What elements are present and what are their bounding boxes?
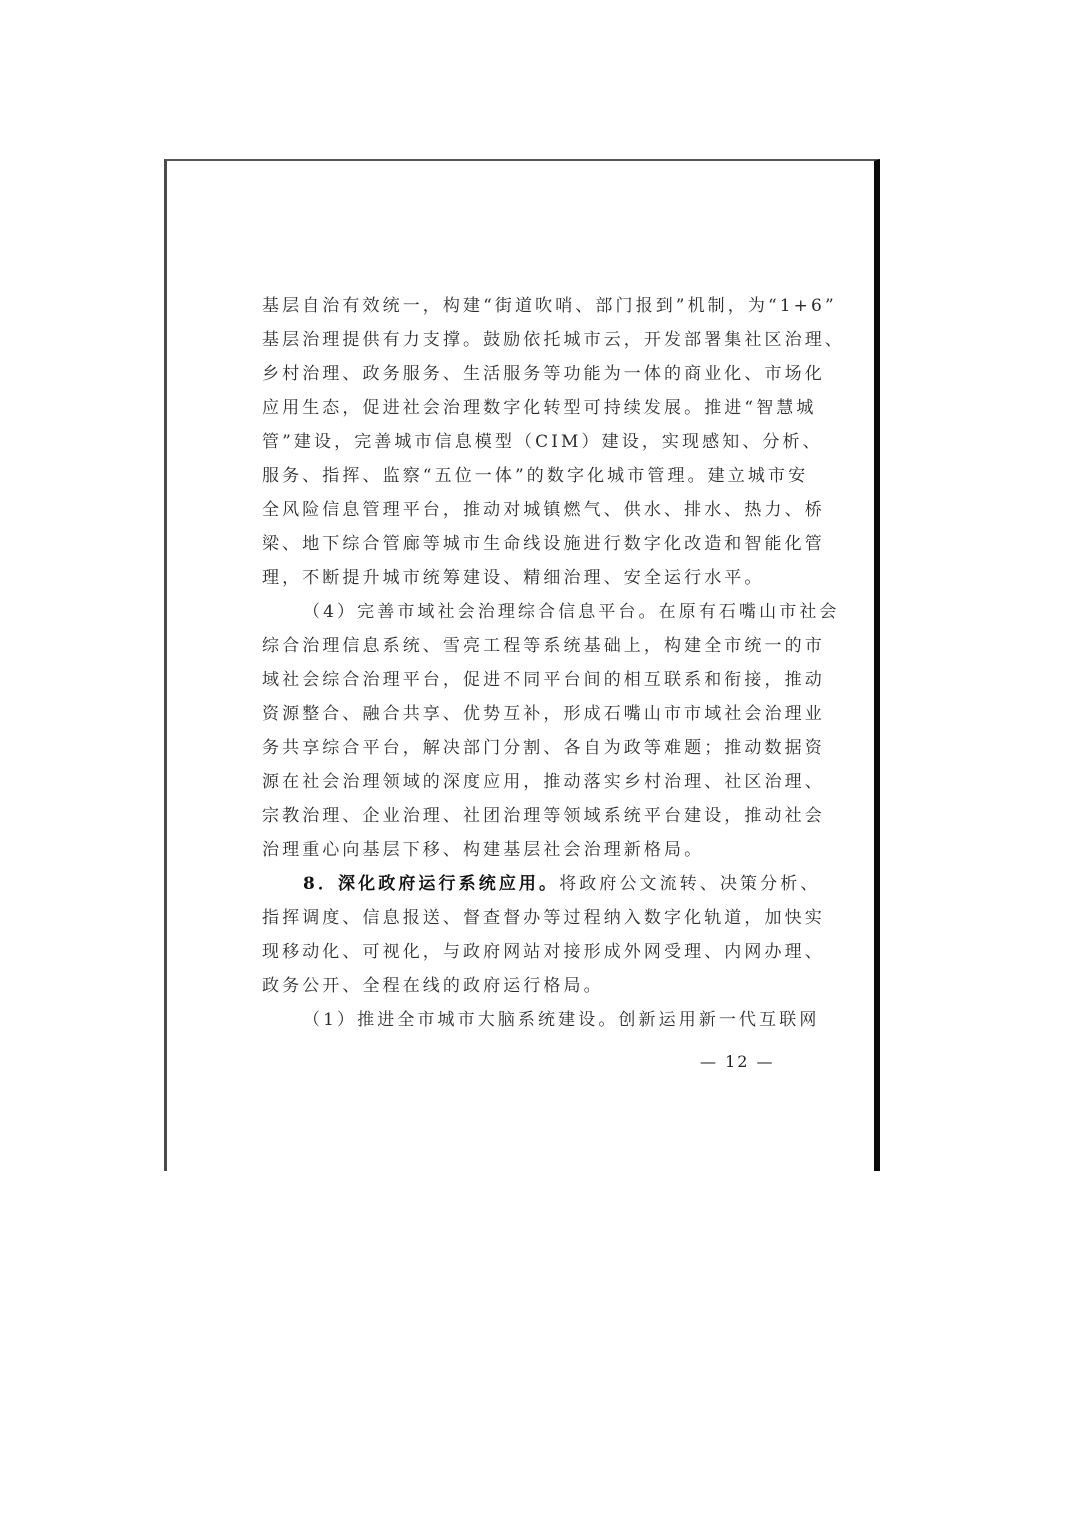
text-line: 源在社会治理领域的深度应用，推动落实乡村治理、社区治理、 [262,765,794,799]
text-line: 宗教治理、企业治理、社团治理等领域系统平台建设，推动社会 [262,799,794,833]
text-line: 梁、地下综合管廊等城市生命线设施进行数字化改造和智能化管 [262,527,794,561]
page-number: — 12 — [700,1052,775,1071]
section-8-text: 将政府公文流转、决策分析、 [559,874,820,894]
section-8-heading: 8．深化政府运行系统应用。 [303,874,559,894]
subsection-4-heading-line: （4）完善市域社会治理综合信息平台。在原有石嘴山市社会 [262,595,794,629]
text-line: 综合治理信息系统、雪亮工程等系统基础上，构建全市统一的市 [262,629,794,663]
text-line: 治理重心向基层下移、构建基层社会治理新格局。 [262,833,794,867]
text-line: 基层自治有效统一，构建“街道吹哨、部门报到”机制，为“1+6” [262,289,794,323]
text-line: 政务公开、全程在线的政府运行格局。 [262,969,794,1003]
document-body: 基层自治有效统一，构建“街道吹哨、部门报到”机制，为“1+6” 基层治理提供有力… [262,289,794,1037]
text-line: 理，不断提升城市统筹建设、精细治理、安全运行水平。 [262,561,794,595]
text-line: 基层治理提供有力支撑。鼓励依托城市云，开发部署集社区治理、 [262,323,794,357]
text-line: 全风险信息管理平台，推动对城镇燃气、供水、排水、热力、桥 [262,493,794,527]
text-line: 服务、指挥、监察“五位一体”的数字化城市管理。建立城市安 [262,459,794,493]
text-line: 务共享综合平台，解决部门分割、各自为政等难题；推动数据资 [262,731,794,765]
subsection-1-heading-line: （1）推进全市城市大脑系统建设。创新运用新一代互联网 [262,1003,794,1037]
text-line: 乡村治理、政务服务、生活服务等功能为一体的商业化、市场化 [262,357,794,391]
text-line: 现移动化、可视化，与政府网站对接形成外网受理、内网办理、 [262,935,794,969]
text-line: 资源整合、融合共享、优势互补，形成石嘴山市市域社会治理业 [262,697,794,731]
section-8-first-line: 8．深化政府运行系统应用。将政府公文流转、决策分析、 [262,867,794,901]
text-line: 域社会综合治理平台，促进不同平台间的相互联系和衔接，推动 [262,663,794,697]
text-line: 应用生态，促进社会治理数字化转型可持续发展。推进“智慧城 [262,391,794,425]
text-line: 管”建设，完善城市信息模型（CIM）建设，实现感知、分析、 [262,425,794,459]
text-line: 指挥调度、信息报送、督查督办等过程纳入数字化轨道，加快实 [262,901,794,935]
